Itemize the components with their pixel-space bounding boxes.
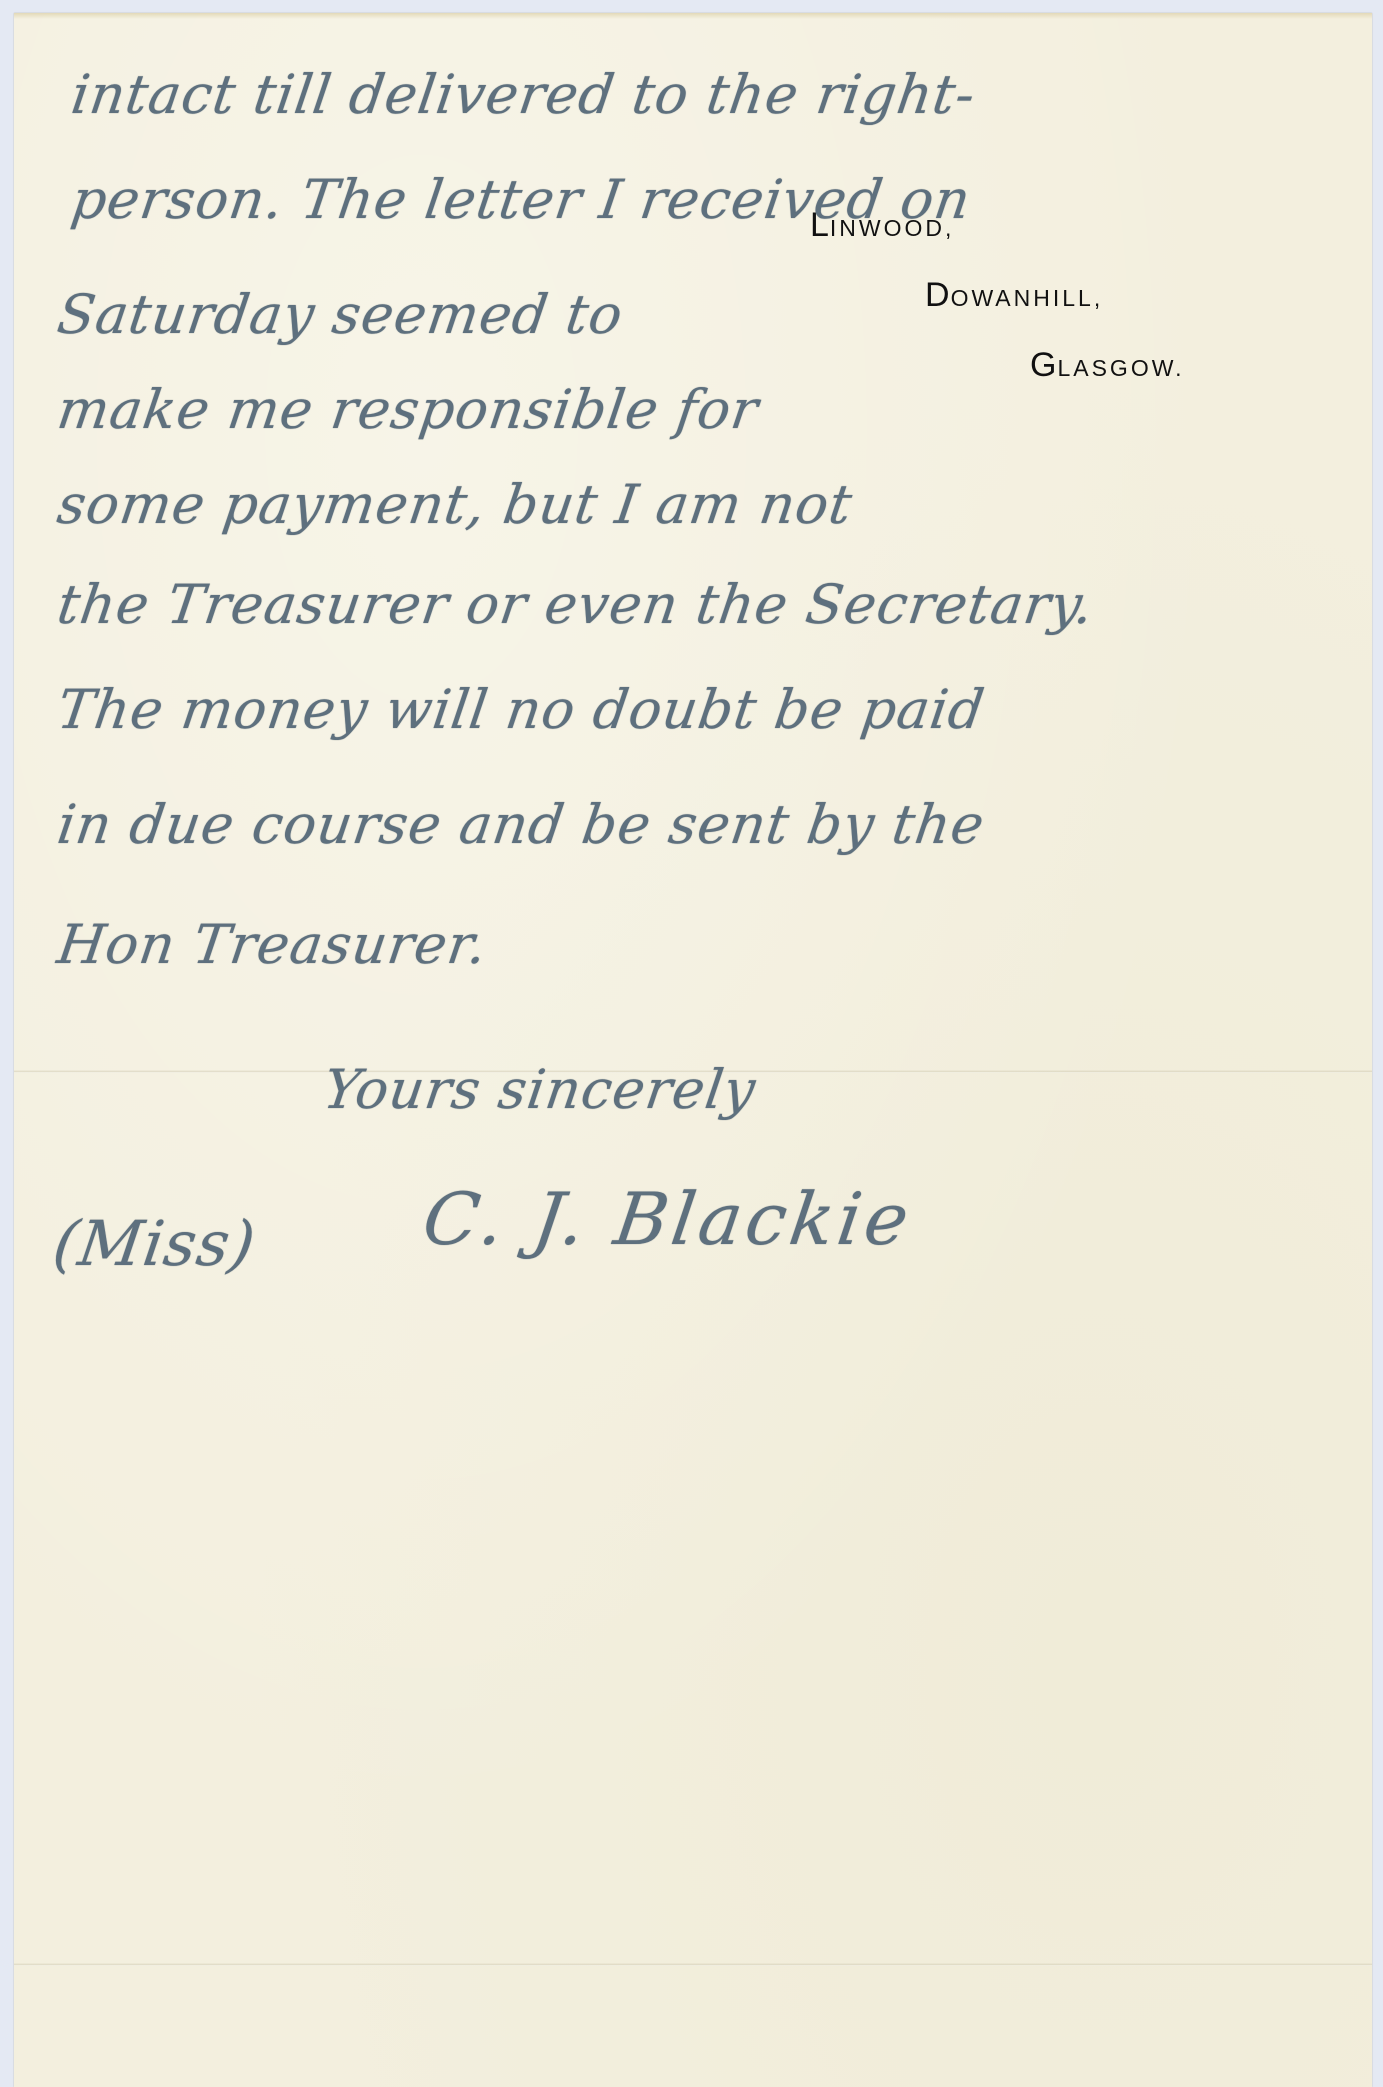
paper-top-edge	[14, 13, 1372, 19]
letterhead-line-glasgow: GLASGOW.	[1030, 348, 1185, 382]
letter-page: LINWOOD, DOWANHILL, GLASGOW. intact till…	[14, 13, 1372, 2087]
letterhead-text: OWANHILL,	[951, 285, 1104, 311]
letterhead-initial: G	[1030, 346, 1057, 384]
signature: C. J. Blackie	[419, 1183, 917, 1255]
body-line: intact till delivered to the right-	[68, 68, 979, 122]
paper-fold-line	[14, 1963, 1372, 1966]
body-line: Hon Treasurer.	[54, 918, 490, 972]
body-line: make me responsible for	[54, 383, 762, 437]
letterhead-text: LASGOW.	[1057, 355, 1184, 381]
body-line: in due course and be sent by the	[54, 798, 988, 852]
letterhead-initial: D	[925, 276, 951, 314]
letterhead-line-dowanhill: DOWANHILL,	[925, 278, 1103, 312]
body-line: person. The letter I received on	[68, 173, 974, 227]
body-line: the Treasurer or even the Secretary.	[54, 578, 1097, 632]
body-line: some payment, but I am not	[54, 478, 856, 532]
signature-title: (Miss)	[50, 1213, 260, 1275]
valediction: Yours sincerely	[320, 1063, 759, 1117]
body-line: Saturday seemed to	[54, 288, 626, 342]
body-line: The money will no doubt be paid	[54, 683, 988, 737]
